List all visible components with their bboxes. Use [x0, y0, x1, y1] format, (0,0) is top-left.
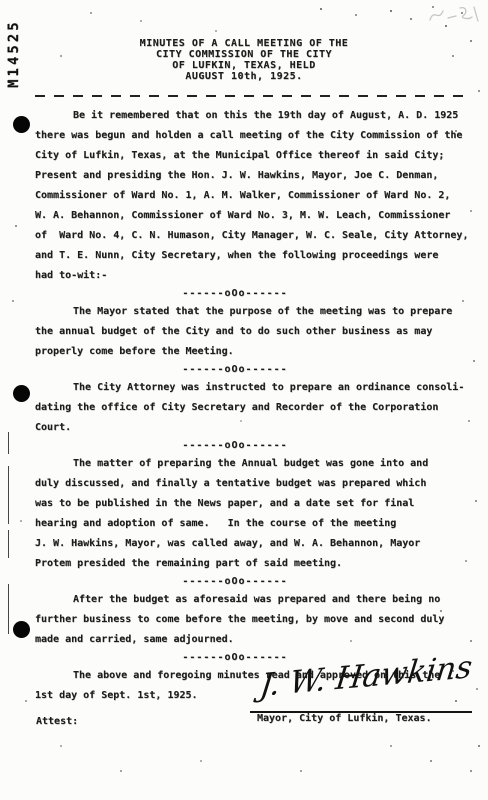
scan-edge-artifact: [8, 466, 9, 524]
text-line: and T. E. Nunn, City Secretary, when the…: [35, 246, 475, 266]
text-line: City of Lufkin, Texas, at the Municipal …: [35, 146, 475, 166]
paragraph: The Mayor stated that the purpose of the…: [35, 302, 475, 362]
section-separator: ------oOo------: [35, 574, 435, 590]
text-line: of Ward No. 4, C. N. Humason, City Manag…: [35, 226, 475, 246]
text-line: was to be published in the News paper, a…: [35, 494, 475, 514]
section-separator: ------oOo------: [35, 362, 435, 378]
scan-noise: [0, 0, 2, 2]
paragraph: The City Attorney was instructed to prep…: [35, 378, 475, 438]
text-line: made and carried, same adjourned.: [35, 630, 475, 650]
text-line: After the budget as aforesaid was prepar…: [35, 590, 475, 610]
text-line: properly come before the Meeting.: [35, 342, 475, 362]
title-line: MINUTES OF A CALL MEETING OF THE: [0, 38, 488, 49]
section-separator: ------oOo------: [35, 286, 435, 302]
title-line: CITY COMMISSION OF THE CITY: [0, 49, 488, 60]
text-line: The matter of preparing the Annual budge…: [35, 454, 475, 474]
title-line: AUGUST 10th, 1925.: [0, 71, 488, 82]
scan-edge-artifact: [8, 584, 9, 634]
dashed-divider: [35, 95, 466, 97]
text-line: there was begun and holden a call meetin…: [35, 126, 475, 146]
text-line: W. A. Behannon, Commissioner of Ward No.…: [35, 206, 475, 226]
hole-punch: [13, 621, 30, 638]
signature-title: Mayor, City of Lufkin, Texas.: [257, 713, 432, 724]
attest-label: Attest:: [36, 716, 78, 727]
text-line: Commissioner of Ward No. 1, A. M. Walker…: [35, 186, 475, 206]
paragraph: The matter of preparing the Annual budge…: [35, 454, 475, 574]
paragraph: After the budget as aforesaid was prepar…: [35, 590, 475, 650]
paragraph: Be it remembered that on this the 19th d…: [35, 106, 475, 286]
text-line: Court.: [35, 418, 475, 438]
text-line: hearing and adoption of same. In the cou…: [35, 514, 475, 534]
hole-punch: [13, 116, 30, 133]
section-separator: ------oOo------: [35, 438, 435, 454]
text-line: dating the office of City Secretary and …: [35, 398, 475, 418]
text-line: The City Attorney was instructed to prep…: [35, 378, 475, 398]
title-line: OF LUFKIN, TEXAS, HELD: [0, 60, 488, 71]
scan-edge-artifact: [8, 530, 9, 558]
text-line: The Mayor stated that the purpose of the…: [35, 302, 475, 322]
text-line: had to-wit:-: [35, 266, 475, 286]
text-line: Present and presiding the Hon. J. W. Haw…: [35, 166, 475, 186]
text-line: the annual budget of the City and to do …: [35, 322, 475, 342]
text-line: Protem presided the remaining part of sa…: [35, 554, 475, 574]
hole-punch: [13, 385, 30, 402]
document-body: Be it remembered that on this the 19th d…: [35, 106, 475, 706]
text-line: J. W. Hawkins, Mayor, was called away, a…: [35, 534, 475, 554]
document-title: MINUTES OF A CALL MEETING OF THE CITY CO…: [0, 38, 488, 82]
text-line: duly discussed, and finally a tentative …: [35, 474, 475, 494]
text-line: Be it remembered that on this the 19th d…: [35, 106, 475, 126]
pencil-mark: [426, 2, 482, 32]
scanned-minutes-page: M14525 MINUTES OF A CALL MEETING OF THE …: [0, 0, 488, 800]
scan-edge-artifact: [8, 432, 9, 454]
text-line: further business to come before the meet…: [35, 610, 475, 630]
